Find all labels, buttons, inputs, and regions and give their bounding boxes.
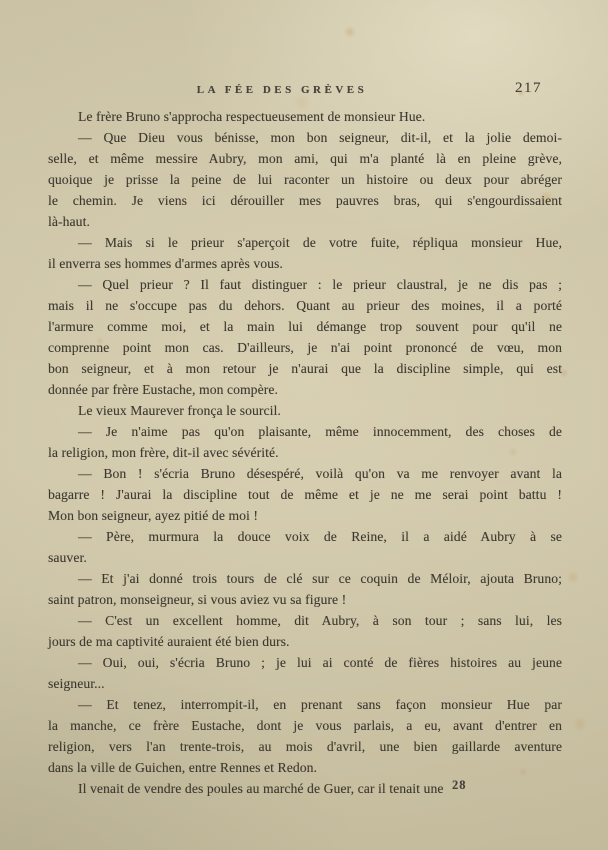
paragraph: Le vieux Maurever fronça le sourcil. xyxy=(48,400,562,421)
text-line: Il venait de vendre des poules au marché… xyxy=(48,778,562,799)
text-line: Le frère Bruno s'approcha respectueuseme… xyxy=(48,106,562,127)
text-line: donnée par frère Eustache, mon compère. xyxy=(48,379,562,400)
text-line: — Mais si le prieur s'aperçoit de votre … xyxy=(48,232,562,253)
text-line: — C'est un excellent homme, dit Aubry, à… xyxy=(48,610,562,631)
text-line: sauver. xyxy=(48,547,562,568)
text-line: religion, vers l'an trente-trois, au moi… xyxy=(48,736,562,757)
text-line: là-haut. xyxy=(48,211,562,232)
text-line: comprenne point mon cas. D'ailleurs, je … xyxy=(48,337,562,358)
text-line: — Bon ! s'écria Bruno désespéré, voilà q… xyxy=(48,463,562,484)
paragraph: — Bon ! s'écria Bruno désespéré, voilà q… xyxy=(48,463,562,526)
paragraph: — C'est un excellent homme, dit Aubry, à… xyxy=(48,610,562,652)
text-line: quoique je prisse la peine de lui racont… xyxy=(48,169,562,190)
text-line: Le vieux Maurever fronça le sourcil. xyxy=(48,400,562,421)
text-line: — Père, murmura la douce voix de Reine, … xyxy=(48,526,562,547)
text-line: la manche, ce frère Eustache, dont je vo… xyxy=(48,715,562,736)
text-line: saint patron, monseigneur, si vous aviez… xyxy=(48,589,562,610)
text-line: — Et tenez, interrompit-il, en prenant s… xyxy=(48,694,562,715)
text-line: la religion, mon frère, dit-il avec sévé… xyxy=(48,442,562,463)
paragraph: Il venait de vendre des poules au marché… xyxy=(48,778,562,799)
text-line: dans la ville de Guichen, entre Rennes e… xyxy=(48,757,562,778)
text-line: le chemin. Je viens ici dérouiller mes p… xyxy=(48,190,562,211)
running-title: LA FÉE DES GRÈVES xyxy=(48,84,516,96)
text-line: bon seigneur, et à mon retour je n'aurai… xyxy=(48,358,562,379)
paragraph: — Et tenez, interrompit-il, en prenant s… xyxy=(48,694,562,778)
paragraph: — Et j'ai donné trois tours de clé sur c… xyxy=(48,568,562,610)
paragraph: — Que Dieu vous bénisse, mon bon seigneu… xyxy=(48,127,562,232)
text-line: bagarre ! J'aurai la discipline tout de … xyxy=(48,484,562,505)
text-block: Le frère Bruno s'approcha respectueuseme… xyxy=(48,106,562,799)
paragraph: — Quel prieur ? Il faut distinguer : le … xyxy=(48,274,562,400)
text-line: — Oui, oui, s'écria Bruno ; je lui ai co… xyxy=(48,652,562,673)
paragraph: — Père, murmura la douce voix de Reine, … xyxy=(48,526,562,568)
paragraph: — Mais si le prieur s'aperçoit de votre … xyxy=(48,232,562,274)
paragraph: Le frère Bruno s'approcha respectueuseme… xyxy=(48,106,562,127)
text-line: — Que Dieu vous bénisse, mon bon seigneu… xyxy=(48,127,562,148)
text-line: l'armure comme moi, et la main lui déman… xyxy=(48,316,562,337)
page-header: LA FÉE DES GRÈVES 217 xyxy=(48,82,562,100)
text-line: — Je n'aime pas qu'on plaisante, même in… xyxy=(48,421,562,442)
book-page: LA FÉE DES GRÈVES 217 Le frère Bruno s'a… xyxy=(0,0,608,850)
text-line: Mon bon seigneur, ayez pitié de moi ! xyxy=(48,505,562,526)
paragraph: — Oui, oui, s'écria Bruno ; je lui ai co… xyxy=(48,652,562,694)
text-line: selle, et même messire Aubry, mon ami, q… xyxy=(48,148,562,169)
text-line: seigneur... xyxy=(48,673,562,694)
signature-mark: 28 xyxy=(452,778,467,793)
text-line: — Quel prieur ? Il faut distinguer : le … xyxy=(48,274,562,295)
page-number: 217 xyxy=(515,80,542,97)
text-line: mais il ne s'occupe pas du dehors. Quant… xyxy=(48,295,562,316)
text-line: jours de ma captivité auraient été bien … xyxy=(48,631,562,652)
text-line: il enverra ses hommes d'armes après vous… xyxy=(48,253,562,274)
paragraph: — Je n'aime pas qu'on plaisante, même in… xyxy=(48,421,562,463)
text-line: — Et j'ai donné trois tours de clé sur c… xyxy=(48,568,562,589)
